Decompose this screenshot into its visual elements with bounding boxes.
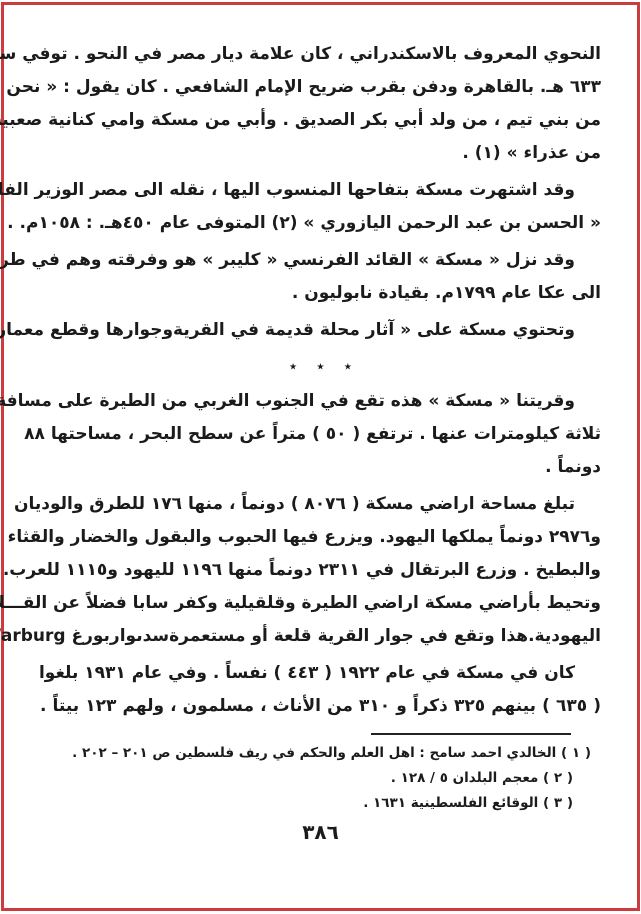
text-line: اليهودية.هذا وتقع في جوار القرية قلعة أو… [40,620,601,653]
page-number: ٣٨٦ [0,820,641,844]
paragraph: تبلغ مساحة اراضي مسكة ( ٨٠٧٦ ) دونماً ، … [40,488,601,653]
paragraph: كان في مسكة في عام ١٩٢٢ ( ٤٤٣ ) نفساً . … [40,657,601,723]
footnote: ( ٣ ) الوقائع الفلسطينية ١٦٣١ . [40,791,601,816]
text-line: والبطيخ . وزرع البرتقال في ٢٣١١ دونماً م… [40,554,601,587]
page-content: النحوي المعروف بالاسكندراني ، كان علامة … [40,38,601,816]
text-line: الى عكا عام ١٧٩٩م. بقيادة نابوليون . [40,277,601,310]
text-line: « الحسن بن عبد الرحمن اليازوري » (٢) الم… [40,207,601,240]
section-separator: ٭ ٭ ٭ [40,351,601,381]
footnote: ( ٢ ) معجم البلدان ٥ / ١٢٨ . [40,766,601,791]
text-line: و٢٩٧٦ دونماً يملكها اليهود. ويزرع فيها ا… [40,521,601,554]
footnote-divider [371,733,571,735]
text-line: ثلاثة كيلومترات عنها . ترتفع ( ٥٠ ) مترا… [40,418,601,451]
paragraph: وقد نزل « مسكة » القائد الفرنسي « كليبر … [40,244,601,310]
footnote: ( ١ ) الخالدي احمد سامح : اهل العلم والح… [40,741,601,766]
book-page: النحوي المعروف بالاسكندراني ، كان علامة … [0,0,641,914]
paragraph: وقريتنا « مسكة » هذه تقع في الجنوب الغرب… [40,385,601,484]
text-line: كان في مسكة في عام ١٩٢٢ ( ٤٤٣ ) نفساً . … [40,657,601,690]
text-line: النحوي المعروف بالاسكندراني ، كان علامة … [40,38,601,71]
text-line: ( ٦٣٥ ) بينهم ٣٢٥ ذكراً و ٣١٠ من الأناث … [40,690,601,723]
text-line: من بني تيم ، من ولد أبي بكر الصديق . وأب… [40,104,601,137]
paragraph: وقد اشتهرت مسكة بتفاحها المنسوب اليها ، … [40,174,601,240]
text-line: تبلغ مساحة اراضي مسكة ( ٨٠٧٦ ) دونماً ، … [40,488,601,521]
text-line: وتحتوي مسكة على « آثار محلة قديمة في الق… [40,314,601,347]
text-line: وقد نزل « مسكة » القائد الفرنسي « كليبر … [40,244,601,277]
paragraphs-container: النحوي المعروف بالاسكندراني ، كان علامة … [40,38,601,723]
text-line: وقد اشتهرت مسكة بتفاحها المنسوب اليها ، … [40,174,601,207]
paragraph: النحوي المعروف بالاسكندراني ، كان علامة … [40,38,601,170]
text-line: ٦٣٣ هـ. بالقاهرة ودفن بقرب ضريح الإمام ا… [40,71,601,104]
text-line: وتحيط بأراضي مسكة اراضي الطيرة وقلقيلية … [40,587,601,620]
text-line: من عذراء » (١) . [40,137,601,170]
text-line: دونماً . [40,451,601,484]
text-line: وقريتنا « مسكة » هذه تقع في الجنوب الغرب… [40,385,601,418]
footnotes-container: ( ١ ) الخالدي احمد سامح : اهل العلم والح… [40,741,601,816]
paragraph: وتحتوي مسكة على « آثار محلة قديمة في الق… [40,314,601,347]
